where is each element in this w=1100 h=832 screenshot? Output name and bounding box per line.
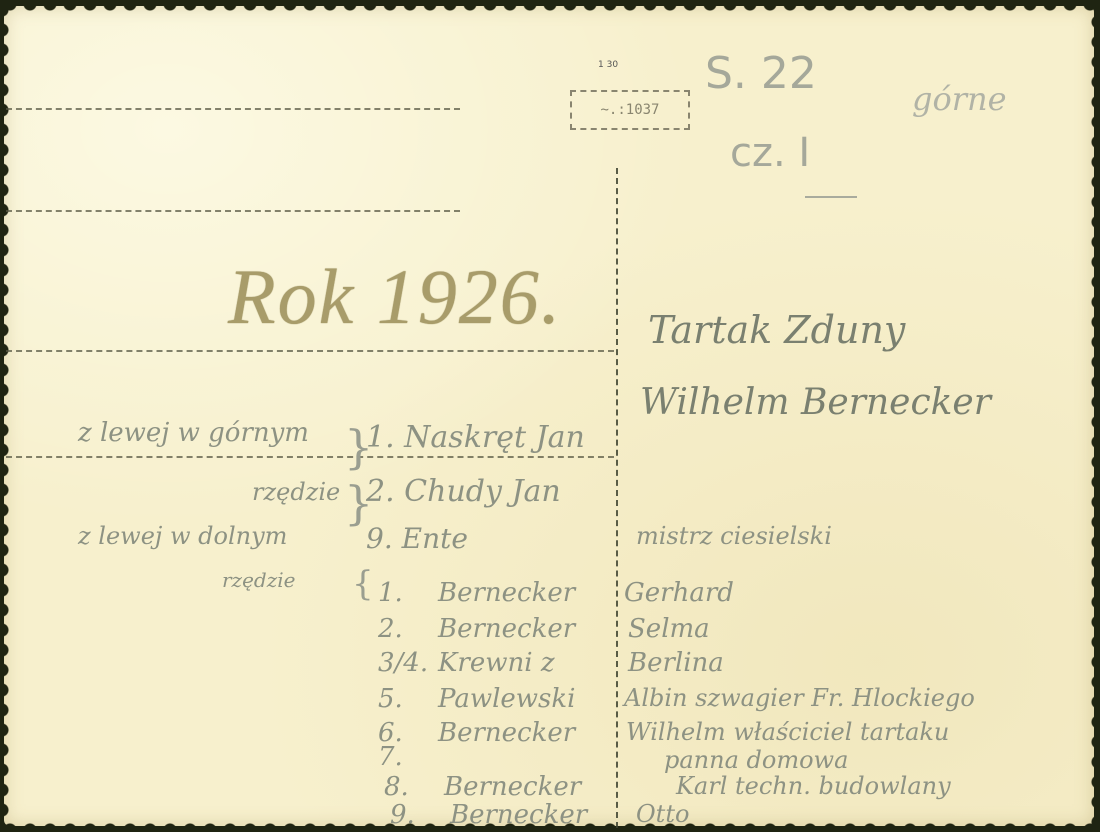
top-row-entry-3-note: mistrz ciesielski [636, 522, 832, 550]
printed-line-3 [6, 350, 614, 352]
entry-number: 7. [378, 742, 438, 772]
entry-name: Naskręt Jan [404, 420, 585, 455]
label-top-row-2: rzędzie [252, 478, 340, 506]
entry-number: 9. [390, 800, 450, 830]
postcard-divider-line [616, 168, 618, 828]
bottom-row-entry-1: 1.Bernecker [378, 578, 575, 608]
label-bottom-row-2: rzędzie [222, 568, 296, 592]
deckle-edge-top [0, 4, 1100, 14]
entry-number: 2. [378, 614, 438, 644]
entry-name: Chudy Jan [404, 474, 561, 509]
entry-name: Ente [402, 522, 468, 555]
deckle-edge-left [2, 0, 12, 832]
entry-number: 1. [378, 578, 438, 608]
entry-name: Pawlewski [438, 684, 575, 714]
entry-name: Bernecker [450, 800, 587, 830]
part-underline [805, 196, 857, 198]
document-title-year: Rok 1926. [228, 252, 562, 342]
bottom-row-entry-6-note: Wilhelm właściciel tartaku [626, 718, 949, 746]
entry-number: 9. [366, 522, 393, 555]
bottom-row-entry-5: 5.Pawlewski [378, 684, 575, 714]
entry-number: 1. [366, 420, 395, 455]
archive-part: cz. I [730, 130, 810, 176]
label-top-row: z lewej w górnym [78, 418, 309, 448]
entry-number: 2. [366, 474, 395, 509]
bottom-row-entry-2: 2.Bernecker [378, 614, 575, 644]
bottom-row-entry-1-note: Gerhard [624, 578, 734, 608]
bottom-row-entry-7-note: panna domowa [664, 746, 848, 774]
place-line-2: Wilhelm Bernecker [640, 382, 991, 423]
archive-signature: S. 22 [705, 48, 817, 99]
stamp-top-text: 1 30 [598, 60, 618, 70]
top-row-entry-3: 9. Ente [366, 522, 468, 555]
printed-line-4 [6, 456, 614, 458]
bottom-row-entry-3: 3/4.Krewni z [378, 648, 555, 678]
entry-name: Bernecker [438, 614, 575, 644]
entry-number: 5. [378, 684, 438, 714]
place-line-1: Tartak Zduny [648, 308, 905, 352]
printed-line-2 [6, 210, 460, 212]
entry-name: Krewni z [438, 648, 555, 678]
bottom-row-entry-9-note: Otto [636, 800, 689, 828]
archive-position: górne [912, 80, 1007, 118]
top-row-entry-1: 1. Naskręt Jan [366, 420, 585, 455]
bottom-row-entry-2-note: Selma [628, 614, 710, 644]
brace-bottom: { [352, 564, 374, 604]
entry-name: Bernecker [438, 578, 575, 608]
bottom-row-entry-8-note: Karl techn. budowlany [676, 772, 951, 800]
entry-number: 3/4. [378, 648, 438, 678]
bottom-row-entry-7: 7. [378, 742, 438, 772]
bottom-row-entry-3-note: Berlina [628, 648, 724, 678]
entry-name: Bernecker [444, 772, 581, 802]
bottom-row-entry-5-note: Albin szwagier Fr. Hlockiego [624, 684, 975, 712]
deckle-edge-right [1088, 0, 1098, 832]
archive-stamp: ~.:1037 [570, 90, 690, 130]
bottom-row-entry-9: 9.Bernecker [390, 800, 587, 830]
printed-line-1 [6, 108, 460, 110]
entry-name: Bernecker [438, 718, 575, 748]
label-bottom-row: z lewej w dolnym [78, 522, 287, 550]
top-row-entry-2: 2. Chudy Jan [366, 474, 561, 509]
entry-number: 8. [384, 772, 444, 802]
bottom-row-entry-8: 8.Bernecker [384, 772, 581, 802]
